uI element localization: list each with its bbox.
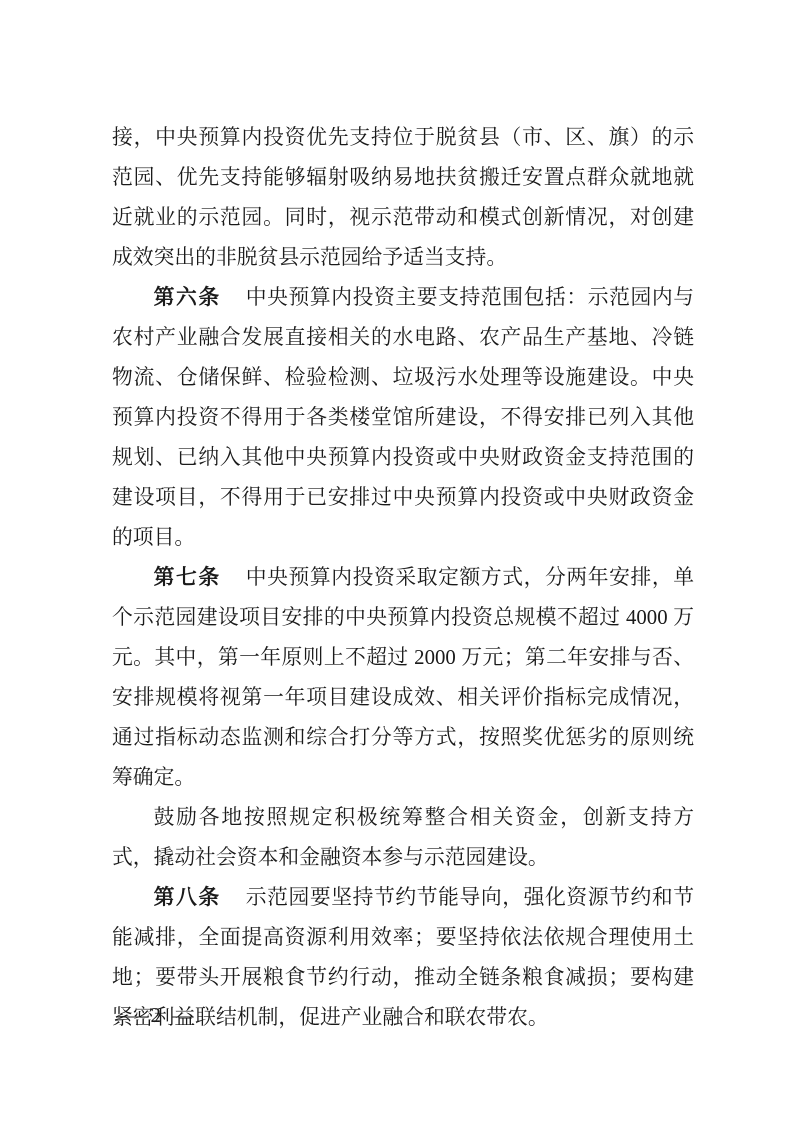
article-heading: 第七条 [154, 566, 221, 589]
article-heading: 第八条 [154, 886, 221, 909]
paragraph: 第七条中央预算内投资采取定额方式，分两年安排，单个示范园建设项目安排的中央预算内… [112, 558, 694, 798]
paragraph: 第六条中央预算内投资主要支持范围包括：示范园内与农村产业融合发展直接相关的水电路… [112, 278, 694, 558]
paragraph-text: 鼓励各地按照规定积极统筹整合相关资金，创新支持方式，撬动社会资本和金融资本参与示… [112, 806, 694, 869]
paragraph: 接，中央预算内投资优先支持位于脱贫县（市、区、旗）的示范园、优先支持能够辐射吸纳… [112, 118, 694, 278]
page-number: — 2 — [118, 1000, 197, 1030]
paragraph-text: 中央预算内投资采取定额方式，分两年安排，单个示范园建设项目安排的中央预算内投资总… [112, 566, 694, 789]
document-page: 接，中央预算内投资优先支持位于脱贫县（市、区、旗）的示范园、优先支持能够辐射吸纳… [0, 0, 800, 1131]
paragraph: 第八条示范园要坚持节约节能导向，强化资源节约和节能减排，全面提高资源利用效率；要… [112, 878, 694, 1038]
paragraph: 鼓励各地按照规定积极统筹整合相关资金，创新支持方式，撬动社会资本和金融资本参与示… [112, 798, 694, 878]
paragraph-text: 接，中央预算内投资优先支持位于脱贫县（市、区、旗）的示范园、优先支持能够辐射吸纳… [112, 126, 694, 269]
document-body: 接，中央预算内投资优先支持位于脱贫县（市、区、旗）的示范园、优先支持能够辐射吸纳… [112, 118, 694, 1038]
article-heading: 第六条 [154, 286, 221, 309]
paragraph-text: 中央预算内投资主要支持范围包括：示范园内与农村产业融合发展直接相关的水电路、农产… [112, 286, 694, 549]
